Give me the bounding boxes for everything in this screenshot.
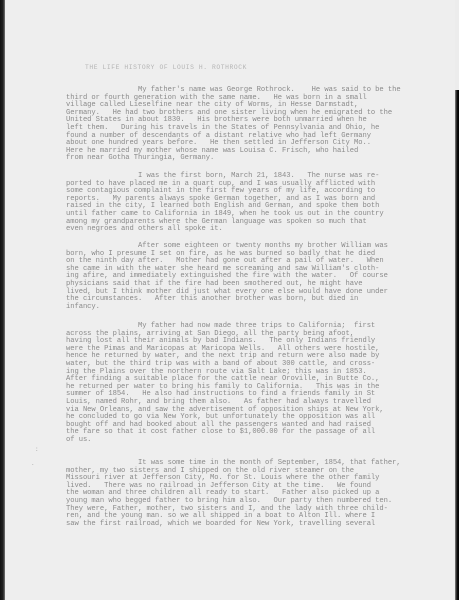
scan-edge-right — [455, 90, 459, 600]
text-line: infancy. — [66, 304, 426, 312]
margin-mark: : — [35, 446, 39, 453]
text-line: from near Gotha Thuringia, Germany. — [66, 155, 426, 163]
paragraph-brother-william: After some eighteen or twenty months my … — [66, 243, 426, 311]
text-line: the fare so that it cost father close to… — [66, 429, 426, 437]
paragraph-trips-to-california: My father had now made three trips to Ca… — [66, 323, 426, 445]
text-line: saw the first railroad, which we boarded… — [66, 521, 426, 529]
text-line: even negroes and others all spoke it. — [66, 226, 426, 234]
paragraph-father: My father's name was George Rothrock. He… — [66, 87, 426, 163]
typewritten-page: THE LIFE HISTORY OF LOUIS H. ROTHROCK My… — [5, 0, 455, 600]
text-line: of us. — [66, 437, 426, 445]
document-title: THE LIFE HISTORY OF LOUIS H. ROTHROCK — [85, 64, 247, 71]
paragraph-birth: I was the first born, March 21, 1843. Th… — [66, 173, 426, 234]
margin-mark: . — [31, 460, 35, 467]
text-line: the circumstances. After this another br… — [66, 296, 426, 304]
paragraph-journey-1854: It was some time in the month of Septemb… — [66, 460, 426, 528]
